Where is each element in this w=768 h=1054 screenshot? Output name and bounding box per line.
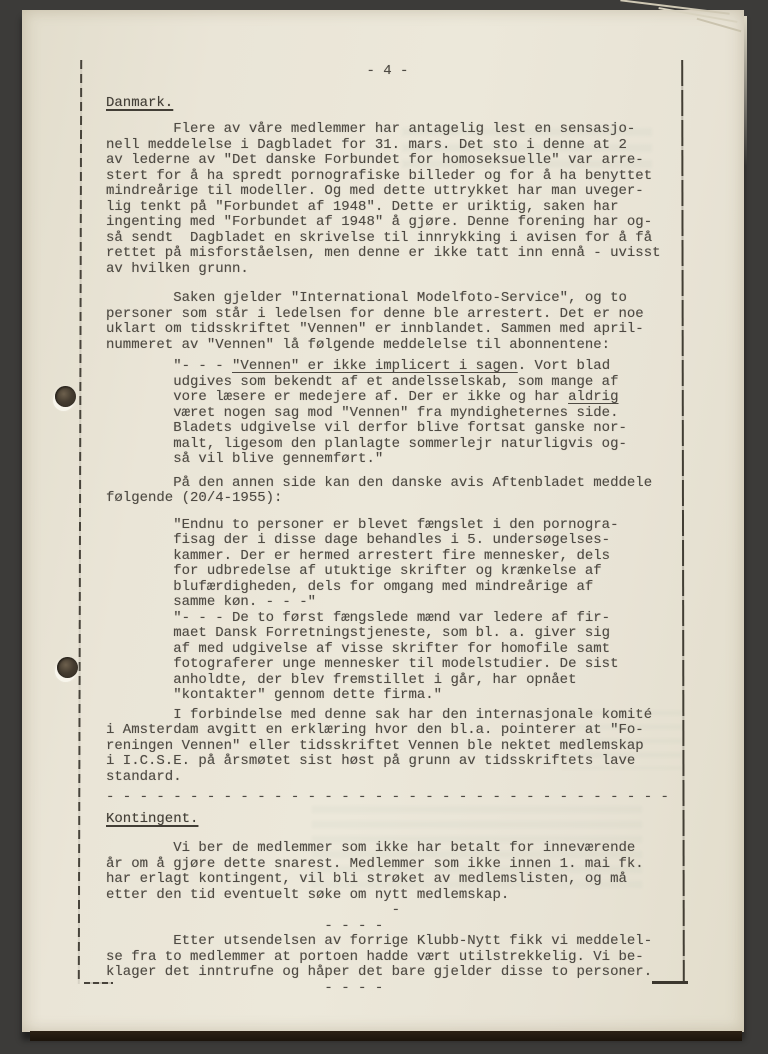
text-line: - - - - - - - - - - - - - - - - - - - - … [106, 790, 680, 806]
dashed-rule: - - - - - - - - - - - - - - - - - - - - … [106, 790, 680, 806]
text-line: i I.C.S.E. på årsmøtet sist høst på grun… [106, 754, 680, 770]
frame-line-right [681, 60, 685, 984]
text-line: følgende (20/4-1955): [106, 491, 680, 507]
text-line: anholdte, der blev fremstillet i går, ha… [106, 673, 680, 689]
text-line: så sendt Dagbladet en skrivelse til innr… [106, 231, 680, 247]
text-line: har erlagt kontingent, vil bli strøket a… [106, 872, 680, 888]
text-line: Danmark. [106, 96, 680, 112]
paragraph: På den annen side kan den danske avis Af… [106, 476, 680, 507]
text-line: lig tenkt på "Forbundet af 1948". Dette … [106, 200, 680, 216]
paragraph: Etter utsendelsen av forrige Klubb-Nytt … [106, 934, 680, 981]
text-line: maet Dansk Forretningstjeneste, som bl. … [106, 626, 680, 642]
heading-kontingent: Kontingent. [106, 812, 680, 828]
scanned-document-photo: { "colors": { "background": "#3c3b39", "… [0, 0, 768, 1054]
page-stack-edge [744, 16, 747, 166]
text-line: - [106, 903, 680, 919]
heading-danmark: Danmark. [106, 96, 680, 112]
text-line: af med udgivelse af visse skrifter for h… [106, 642, 680, 658]
text-line: ingenting med "Forbundet af 1948" å gjør… [106, 215, 680, 231]
text-line: Kontingent. [106, 812, 680, 828]
text-line: uklart om tidsskriftet "Vennen" er innbl… [106, 322, 680, 338]
text-line: rettet på misforståelsen, men denne er i… [106, 246, 680, 262]
text-line: for udbredelse af utuktige skrifter og k… [106, 564, 680, 580]
text-line: - 4 - [106, 64, 680, 80]
text-line: stert for å ha spredt pornografiske bill… [106, 169, 680, 185]
text-line: se fra to medlemmer at portoen hadde vær… [106, 950, 680, 966]
underlined-text: aldrig [568, 389, 618, 405]
text-line: "kontakter" gennom dette firma." [106, 688, 680, 704]
text-line: "Endnu to personer er blevet fængslet i … [106, 518, 680, 534]
paragraph: Flere av våre medlemmer har antagelig le… [106, 122, 680, 277]
text-line: "- - - "Vennen" er ikke implicert i sage… [106, 359, 680, 375]
text-line: malt, ligesom den planlagte sommerlejr n… [106, 437, 680, 453]
text-line: På den annen side kan den danske avis Af… [106, 476, 680, 492]
text-line: Flere av våre medlemmer har antagelig le… [106, 122, 680, 138]
text-line: standard. [106, 770, 680, 786]
text-line: blufærdigheden, dels for omgang med mind… [106, 580, 680, 596]
typewritten-content: - 4 -Danmark. Flere av våre medlemmer ha… [106, 64, 680, 996]
text-line: I forbindelse med denne sak har den inte… [106, 708, 680, 724]
text-line: Saken gjelder "International Modelfoto-S… [106, 291, 680, 307]
text-line: - - - - [106, 981, 680, 997]
text-line: Bladets udgivelse vil derfor blive forts… [106, 421, 680, 437]
text-segment: . Vort blad [518, 358, 610, 374]
punch-hole [55, 386, 76, 407]
paragraph: I forbindelse med denne sak har den inte… [106, 708, 680, 786]
text-line: "- - - De to først fængslede mænd var le… [106, 611, 680, 627]
page-number: - 4 - [106, 64, 680, 80]
text-line: reningen Vennen" eller tidsskriftet Venn… [106, 739, 680, 755]
text-line: av lederne av "Det danske Forbundet for … [106, 153, 680, 169]
text-line: nummeret av "Vennen" lå følgende meddele… [106, 338, 680, 354]
dash-divider: - - - - - [106, 903, 680, 934]
text-line: vore læsere er medejere af. Der er ikke … [106, 390, 680, 406]
text-line: været nogen sag mod "Vennen" fra myndigh… [106, 406, 680, 422]
text-line: i Amsterdam avgitt en erklæring hvor den… [106, 723, 680, 739]
text-line: Etter utsendelsen av forrige Klubb-Nytt … [106, 934, 680, 950]
paragraph: Saken gjelder "International Modelfoto-S… [106, 291, 680, 353]
text-line: så vil blive gennemført." [106, 452, 680, 468]
text-line: år om å gjøre dette snarest. Medlemmer s… [106, 857, 680, 873]
frame-line-left [78, 60, 82, 984]
underlined-text: Danmark. [106, 95, 173, 111]
text-line: mindreårige til modeller. Og med dette u… [106, 184, 680, 200]
blockquote-vennen: "- - - "Vennen" er ikke implicert i sage… [106, 359, 680, 468]
text-line: fotograferer unge mennesker til modelstu… [106, 657, 680, 673]
blockquote-aftenbladet: "Endnu to personer er blevet fængslet i … [106, 518, 680, 704]
text-segment: vore læsere er medejere af. Der er ikke … [106, 389, 568, 405]
paragraph: Vi ber de medlemmer som ikke har betalt … [106, 841, 680, 903]
text-line: klager det inntrufne og håper det bare g… [106, 965, 680, 981]
underlined-text: "Vennen" er ikke implicert i sagen [232, 358, 518, 374]
text-line: fisag der i disse dage behandles i 5. un… [106, 533, 680, 549]
text-line: av hvilken grunn. [106, 262, 680, 278]
text-segment: "- - - [106, 358, 232, 374]
underlined-text: Kontingent. [106, 811, 198, 827]
text-line: nell meddelelse i Dagbladet for 31. mars… [106, 138, 680, 154]
text-line: personer som står i ledelsen for denne b… [106, 307, 680, 323]
paper-sheet: - 4 -Danmark. Flere av våre medlemmer ha… [22, 10, 744, 1032]
text-line: samme køn. - - -" [106, 595, 680, 611]
dash-divider: - - - - [106, 981, 680, 997]
page-stack-edge [620, 0, 729, 15]
text-line: kammer. Der er hermed arrestert fire men… [106, 549, 680, 565]
text-line: udgives som bekendt af et andelsselskab,… [106, 375, 680, 391]
punch-hole [57, 657, 78, 678]
text-line: etter den tid eventuelt søke om nytt med… [106, 888, 680, 904]
text-line: - - - - [106, 919, 680, 935]
text-line: Vi ber de medlemmer som ikke har betalt … [106, 841, 680, 857]
